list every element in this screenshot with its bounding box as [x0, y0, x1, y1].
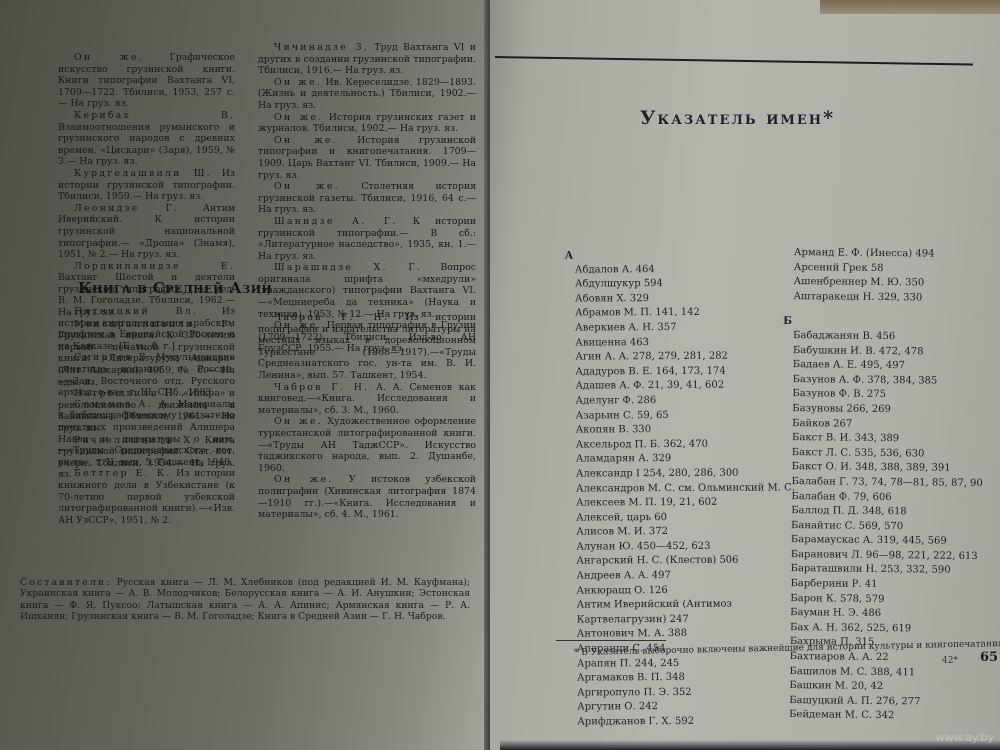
index-entry: Балабан Г. 73, 74, 78—81, 85, 87, 90 [783, 475, 973, 492]
bibliography-entry: Чабров Г. Н. Из истории полиграфии и изд… [258, 312, 476, 382]
section-column-right: Чабров Г. Н. Из истории полиграфии и изд… [258, 312, 476, 521]
index-entry: Антим Иверийский (Антимоз Картвелагрузин… [569, 598, 779, 628]
index-entry: Абдулшукур 594 [567, 277, 777, 293]
entry-author: Он же. [274, 181, 340, 192]
index-entry: Азарьин С. 59, 65 [568, 408, 778, 424]
index-entry: Барберини Р. 41 [782, 577, 972, 594]
bibliography-entry: Шанидзе А. Г. К истории грузинской типог… [258, 216, 476, 262]
index-entry: Аргамаков В. П. 348 [569, 671, 779, 687]
bibliography-entry: Чабров Г. Н. А. А. Семенов как книговед.… [258, 382, 476, 417]
bibliography-entry: Беттгер Е. К. Из истории книжного дела в… [58, 468, 235, 526]
index-entry: Авиценна 463 [567, 335, 777, 351]
index-entry: Андреев А. А. 497 [568, 569, 778, 585]
entry-author: Чичинадзе З. [274, 42, 369, 53]
bibliography-entry: Он же. История грузинской типографии и к… [258, 135, 476, 181]
index-entry: Александр I 254, 280, 286, 300 [568, 466, 778, 482]
section-column-left: Пятницкий Вл. Из истории книгопечатания … [58, 306, 235, 526]
bibliography-entry: Он же. Столетняя история грузинской газе… [258, 181, 476, 216]
index-entry: Аргиропуло П. Э. 352 [569, 685, 779, 701]
index-entry: Аксельрод П. Б. 362, 470 [568, 437, 778, 453]
index-entry: Бейдеман М. С. 342 [781, 708, 971, 725]
index-entry: Аламдарян А. 329 [568, 452, 778, 468]
index-entry: Ангарский Н. С. (Клестов) 506 [568, 554, 778, 570]
index-entry: Бабаджанян В. 456 [785, 329, 975, 346]
signature-mark: 42* [942, 656, 958, 666]
index-entry: Аверкиев А. Н. 357 [567, 320, 777, 336]
index-entry: Аделунг Ф. 286 [568, 393, 778, 409]
index-entry: Алексей, царь 60 [568, 510, 778, 526]
bibliography-entry: Керибах В. Взаимоотношения румынского и … [58, 110, 235, 168]
entry-author: Он же. [74, 52, 144, 63]
index-entry: Ашенбреннер М. Ю. 350 [786, 275, 976, 292]
index-entry: Адашев А. Ф. 21, 39, 41, 602 [567, 379, 777, 395]
index-entry: Ададуров В. Е. 164, 173, 174 [567, 364, 777, 380]
index-entry: Арманд Е. Ф. (Инесса) 494 [786, 246, 976, 263]
index-entry: Алексеев М. П. 19, 21, 602 [568, 496, 778, 512]
index-column-left: ААбдалов А. 464Абдулшукур 594Абовян Х. 3… [567, 247, 780, 730]
bibliography-entry: Он же. Графическое искусство грузинской … [58, 52, 235, 110]
index-entry: Бакст В. И. 343, 389 [784, 431, 974, 448]
page-edge [820, 0, 1000, 14]
bibliography-entry: Чичинадзе З. Труд Вахтанга VI и других в… [258, 42, 476, 77]
entry-author: Смирнов В. [74, 352, 153, 363]
entry-author: Он же. [274, 474, 334, 485]
entry-author: Он же. [274, 112, 324, 123]
index-entry: Арапян П. 244, 245 [569, 656, 779, 672]
entry-text: Взаимоотношения румынского и грузинского… [58, 122, 235, 168]
entry-author: Он же. [274, 416, 323, 427]
entry-author: Он же. [274, 135, 338, 146]
bibliography-entry: Он же. У истоков узбекской полиграфии (Х… [258, 474, 476, 520]
entry-author: Шанидзе А. Г. [274, 216, 398, 227]
index-entry: Александров М. С. см. Ольминский М. С. [568, 481, 778, 497]
index-letter-heading: А [565, 247, 777, 263]
index-entry: Акопян В. 330 [568, 423, 778, 439]
entry-author: Беттгер Е. К. [74, 468, 171, 479]
index-entry: Агин А. А. 278, 279, 281, 282 [567, 350, 777, 366]
bibliography-column-right: Чичинадзе З. Труд Вахтанга VI и других в… [258, 42, 476, 355]
page-number: 651 [980, 650, 1000, 665]
compilers-label: Составители: [20, 577, 112, 588]
bibliography-entry: Семенов А. А. Материалы к библиографичес… [58, 399, 235, 469]
compilers-note: Составители: Русская книга — Л. М. Хлебн… [20, 577, 470, 623]
shadow [500, 740, 1000, 750]
entry-author: Лордкипанидзе Е. [74, 261, 235, 272]
entry-author: Шарашидзе Х. Г. [274, 262, 422, 273]
entry-author: Курдгелашвили Ш. [74, 168, 212, 179]
index-entry: Арифджанов Г. Х. 592 [569, 714, 779, 730]
bibliography-entry: Курдгелашвили Ш. Из истории грузинской т… [58, 168, 235, 203]
index-entry: Абрамов М. П. 141, 142 [567, 306, 777, 322]
index-entry: Аргутин О. 242 [569, 700, 779, 716]
entry-author: Чабров Г. Н. [274, 312, 389, 323]
bibliography-entry: Пятницкий Вл. Из истории книгопечатания … [58, 306, 235, 352]
index-entry: Аштаракецн Н. 329, 330 [785, 290, 975, 307]
index-title: Указатель имен* [640, 107, 835, 129]
entry-author: Семенов А. А. [74, 399, 174, 410]
entry-author: Он же. [274, 77, 322, 88]
bibliography-entry: Он же. История грузинских газет и журнал… [258, 112, 476, 135]
index-entry: Базуновы 266, 269 [784, 402, 974, 419]
entry-author: Леонидзе Г. [74, 203, 179, 214]
entry-author: Пятницкий Вл. [74, 306, 198, 317]
footnote-rule [556, 640, 666, 641]
bibliography-entry: Он же. Художественное оформление туркест… [258, 416, 476, 474]
index-entry: Алисов М. И. 372 [568, 525, 778, 541]
index-entry: Абдалов А. 464 [567, 262, 777, 278]
entry-author: Чабров Г. Н. [274, 382, 369, 393]
bibliography-entry: Леонидзе Г. Антим Иверийский. К истории … [58, 203, 235, 261]
section-heading: Книга в Средней Азии [78, 279, 272, 297]
entry-author: Керибах В. [74, 110, 235, 121]
bibliography-entry: Смирнов В. Мусульманские печатные издани… [58, 352, 235, 398]
index-entry: Абовян Х. 329 [567, 291, 777, 307]
index-entry: Анкюрацц О. 126 [568, 583, 778, 599]
index-column-right: Арманд Е. Ф. (Инесса) 494Арсений Грек 58… [781, 246, 976, 725]
index-entry: Бадаев А. Е. 495, 497 [785, 358, 975, 375]
bibliography-entry: Он же. Ив. Кереселидзе. 1829—1893. (Жизн… [258, 77, 476, 112]
index-entry: Алунан Ю. 450—452, 623 [568, 539, 778, 555]
index-entry: Баллод П. Д. 348, 618 [783, 504, 973, 521]
watermark: www.ay.by [936, 731, 994, 744]
left-page: Он же. Графическое искусство грузинской … [0, 0, 492, 750]
